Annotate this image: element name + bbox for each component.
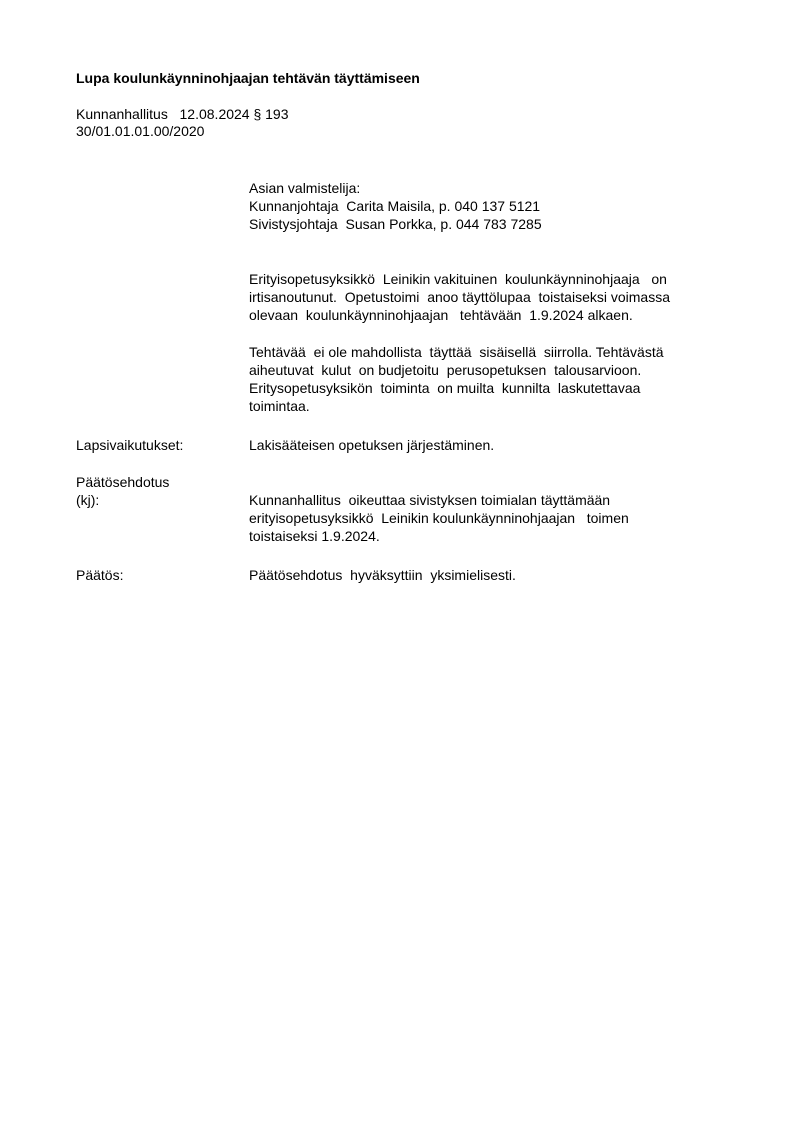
proposal-label: Päätösehdotus	[76, 473, 169, 491]
document-title: Lupa koulunkäynninohjaajan tehtävän täyt…	[76, 69, 420, 87]
proposal-line: Kunnanhallitus oikeuttaa sivistyksen toi…	[249, 491, 610, 509]
paragraph-line: toimintaa.	[249, 397, 310, 415]
decision-label: Päätös:	[76, 566, 123, 584]
preparer-line: Sivistysjohtaja Susan Porkka, p. 044 783…	[249, 215, 542, 233]
meeting-line: Kunnanhallitus 12.08.2024 § 193	[76, 105, 289, 123]
proposal-line: erityisopetusyksikkö Leinikin koulunkäyn…	[249, 509, 629, 527]
paragraph-line: Tehtävää ei ole mahdollista täyttää sisä…	[249, 343, 664, 361]
proposal-label-suffix: (kj):	[76, 491, 99, 509]
proposal-line: toistaiseksi 1.9.2024.	[249, 527, 380, 545]
paragraph-line: aiheutuvat kulut on budjetoitu perusopet…	[249, 361, 641, 379]
preparer-heading: Asian valmistelija:	[249, 179, 360, 197]
paragraph-line: irtisanoutunut. Opetustoimi anoo täyttöl…	[249, 288, 670, 306]
record-number: 30/01.01.01.00/2020	[76, 122, 204, 140]
paragraph-line: Erityisopetusyksikkö Leinikin vakituinen…	[249, 270, 667, 288]
preparer-line: Kunnanjohtaja Carita Maisila, p. 040 137…	[249, 197, 540, 215]
paragraph-line: olevaan koulunkäynninohjaajan tehtävään …	[249, 306, 633, 324]
child-impact-label: Lapsivaikutukset:	[76, 436, 183, 454]
paragraph-line: Eritysopetusyksikön toiminta on muilta k…	[249, 379, 640, 397]
decision-text: Päätösehdotus hyväksyttiin yksimielisest…	[249, 566, 516, 584]
child-impact-text: Lakisääteisen opetuksen järjestäminen.	[249, 436, 494, 454]
